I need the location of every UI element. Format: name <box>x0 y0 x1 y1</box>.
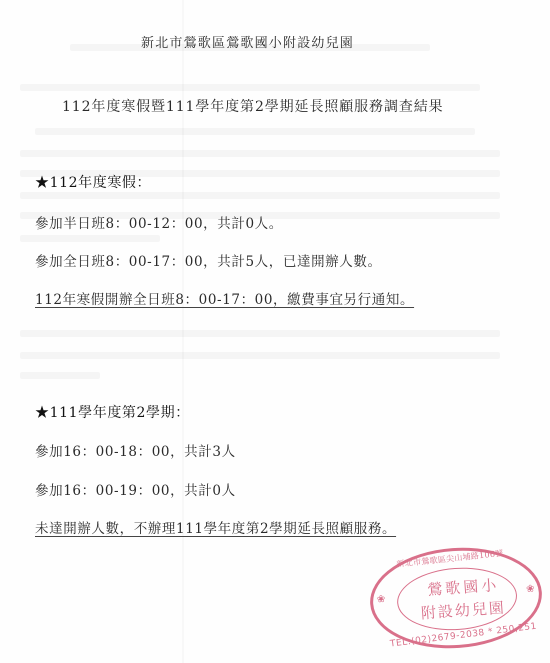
winter-half-day-line: 參加半日班8：00-12：00，共計0人。 <box>35 212 283 232</box>
stamp-inner-ring: 鶯歌國小 附設幼兒園 <box>395 564 519 634</box>
organization-name: 新北市鶯歌區鶯歌國小附設幼兒園 <box>141 32 354 51</box>
flower-icon: ❀ <box>377 594 386 606</box>
bleed-through <box>20 192 500 199</box>
document-title: 112年度寒假暨111學年度第2學期延長照顧服務調查結果 <box>62 96 444 116</box>
winter-full-day-line: 參加全日班8：00-17：00，共計5人，已達開辦人數。 <box>35 250 382 270</box>
flower-icon: ❀ <box>526 584 535 596</box>
official-stamp: 新北市鶯歌區尖山埔路106號 ❀ ❀ 鶯歌國小 附設幼兒園 TEL:(02)26… <box>367 542 546 654</box>
semester-conclusion: 未達開辦人數，不辦理111學年度第2學期延長照顧服務。 <box>35 517 396 537</box>
bleed-through <box>20 150 500 157</box>
semester-1600-1900-line: 參加16：00-19：00，共計0人 <box>35 479 236 499</box>
section-heading-winter: ★112年度寒假： <box>35 172 151 192</box>
stamp-address: 新北市鶯歌區尖山埔路106號 <box>396 548 504 570</box>
bleed-through <box>20 352 500 359</box>
section-heading-semester: ★111學年度第2學期： <box>35 402 190 422</box>
bleed-through <box>20 330 500 337</box>
bleed-through <box>20 372 100 379</box>
winter-conclusion: 112年寒假開辦全日班8：00-17：00，繳費事宜另行通知。 <box>35 288 414 308</box>
scanned-page: 新北市鶯歌區鶯歌國小附設幼兒園 112年度寒假暨111學年度第2學期延長照顧服務… <box>0 0 550 663</box>
bleed-through <box>20 84 480 91</box>
bleed-through <box>20 235 160 242</box>
bleed-through <box>35 128 475 135</box>
stamp-name-line1: 鶯歌國小 <box>427 574 500 600</box>
stamp-name-line2: 附設幼兒園 <box>420 597 506 624</box>
semester-1600-1800-line: 參加16：00-18：00，共計3人 <box>35 440 236 460</box>
